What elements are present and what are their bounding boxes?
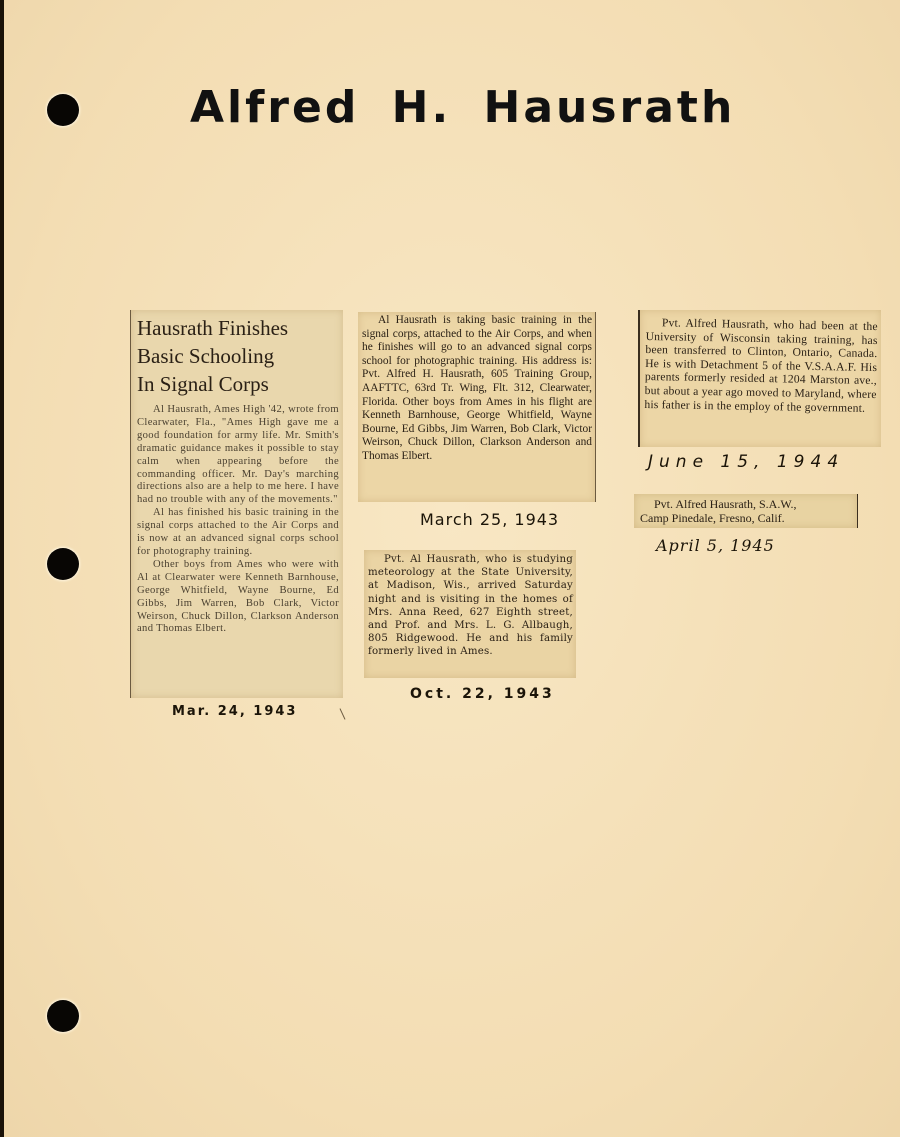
pencil-mark: [340, 708, 346, 719]
clipping-body: Pvt. Alfred Hausrath, S.A.W., Camp Pined…: [640, 497, 853, 525]
clipping-camp-pinedale: Pvt. Alfred Hausrath, S.A.W., Camp Pined…: [634, 494, 858, 528]
scrapbook-page: Alfred H. Hausrath Hausrath Finishes Bas…: [0, 0, 900, 1137]
headline-line: Hausrath Finishes: [137, 314, 339, 342]
paragraph: Pvt. Alfred Hausrath, who had been at th…: [644, 316, 878, 415]
address-line: Camp Pinedale, Fresno, Calif.: [640, 511, 853, 525]
clipping-body: Al Hausrath is taking basic training in …: [362, 314, 592, 464]
handwritten-date: April 5, 1945: [656, 536, 775, 555]
paragraph: Al Hausrath, Ames High '42, wrote from C…: [137, 404, 339, 507]
headline-line: Basic Schooling: [137, 342, 339, 370]
clipping-body: Al Hausrath, Ames High '42, wrote from C…: [137, 404, 339, 636]
page-edge: [0, 0, 4, 1137]
clipping-transfer-canada: Pvt. Alfred Hausrath, who had been at th…: [638, 310, 881, 447]
paragraph: Al has finished his basic training in th…: [137, 507, 339, 559]
handwritten-date: March 25, 1943: [420, 510, 559, 529]
punch-hole-top: [47, 94, 79, 126]
paragraph: Other boys from Ames who were with Al at…: [137, 559, 339, 636]
clipping-body: Pvt. Alfred Hausrath, who had been at th…: [644, 316, 878, 415]
paragraph: Pvt. Al Hausrath, who is studying meteor…: [368, 553, 573, 659]
handwritten-date: Mar. 24, 1943: [172, 704, 297, 719]
clipping-body: Pvt. Al Hausrath, who is studying meteor…: [368, 553, 573, 659]
punch-hole-bottom: [47, 1000, 79, 1032]
address-line: Pvt. Alfred Hausrath, S.A.W.,: [640, 497, 853, 511]
clipping-meteorology-visit: Pvt. Al Hausrath, who is studying meteor…: [364, 550, 576, 678]
punch-hole-middle: [47, 548, 79, 580]
page-title: Alfred H. Hausrath: [190, 82, 750, 133]
paragraph: Al Hausrath is taking basic training in …: [362, 314, 592, 464]
clipping-signal-corps-article: Hausrath Finishes Basic Schooling In Sig…: [130, 310, 343, 698]
clipping-basic-training: Al Hausrath is taking basic training in …: [358, 312, 596, 502]
headline-line: In Signal Corps: [137, 370, 339, 398]
handwritten-date: June 15, 1944: [648, 452, 844, 472]
clipping-headline: Hausrath Finishes Basic Schooling In Sig…: [137, 314, 339, 398]
handwritten-date: Oct. 22, 1943: [410, 686, 555, 702]
